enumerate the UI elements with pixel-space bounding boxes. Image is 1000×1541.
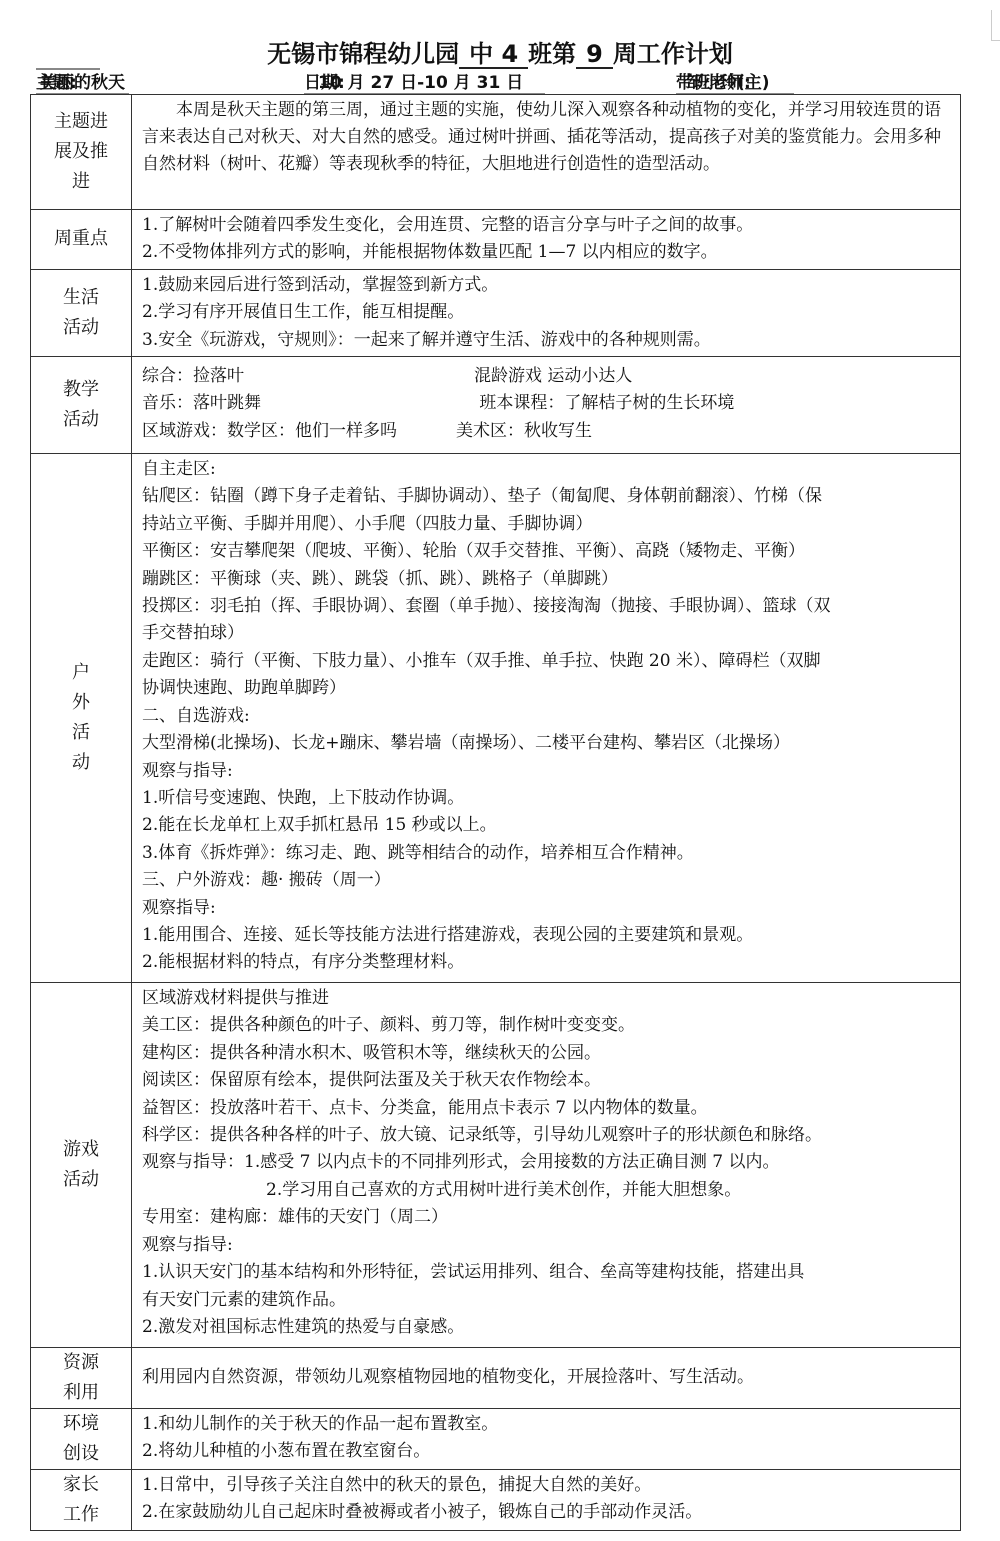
- content-outdoor-activities: 自主走区: 钻爬区：钻圈（蹲下身子走着钻、手脚协调动）、垫子（匍匐爬、身体朝前翻…: [132, 454, 961, 983]
- teaching-item: 美术区：秋收写生: [456, 418, 734, 445]
- life-item: 3.安全《玩游戏，守规则》：一起来了解并遵守生活、游戏中的各种规则需。: [142, 327, 952, 354]
- theme-progress-text: 本周是秋天主题的第三周，通过主题的实施，使幼儿深入观察各种动植物的变化，并学习用…: [142, 97, 952, 178]
- outdoor-line: 走跑区：骑行（平衡、下肢力量）、小推车（双手推、单手拉、快跑 20 米）、障碍栏…: [142, 648, 952, 675]
- label-line: 主题进: [37, 107, 125, 137]
- game-line: 专用室：建构廊：雄伟的天安门（周二）: [142, 1204, 952, 1231]
- date-value: 10 月 27 日-10 月 31 日: [304, 68, 545, 95]
- focus-item: 1.了解树叶会随着四季发生变化，会用连贯、完整的语言分享与叶子之间的故事。: [142, 212, 952, 239]
- row-theme-progress: 主题进 展及推 进 本周是秋天主题的第三周，通过主题的实施，使幼儿深入观察各种动…: [31, 95, 961, 210]
- game-line: 科学区：提供各种各样的叶子、放大镜、记录纸等，引导幼儿观察叶子的形状颜色和脉络。: [142, 1122, 952, 1149]
- label-line: 利用: [37, 1378, 125, 1408]
- life-item: 1.鼓励来园后进行签到活动，掌握签到新方式。: [142, 272, 952, 299]
- focus-item: 2.不受物体排列方式的影响，并能根据物体数量匹配 1—7 以内相应的数字。: [142, 239, 952, 266]
- theme-value: 美丽的秋天: [36, 68, 129, 95]
- label-game-activities: 游戏 活动: [31, 983, 132, 1348]
- row-outdoor-activities: 户 外 活 动 自主走区: 钻爬区：钻圈（蹲下身子走着钻、手脚协调动）、垫子（匍…: [31, 454, 961, 983]
- outdoor-line: 手交替拍球）: [142, 620, 952, 647]
- label-teaching-activities: 教学 活动: [31, 357, 132, 454]
- label-line: 活: [37, 718, 125, 748]
- label-line: 进: [37, 167, 125, 197]
- teaching-item: 区域游戏：数学区：他们一样多吗: [142, 418, 474, 445]
- content-theme-progress: 本周是秋天主题的第三周，通过主题的实施，使幼儿深入观察各种动植物的变化，并学习用…: [132, 95, 961, 210]
- parent-item: 1.日常中，引导孩子关注自然中的秋天的景色，捕捉大自然的美好。: [142, 1472, 952, 1499]
- outdoor-line: 大型滑梯(北操场)、长龙+蹦床、攀岩墙（南操场）、二楼平台建构、攀岩区（北操场）: [142, 730, 952, 757]
- life-item: 2.学习有序开展值日生工作，能互相提醒。: [142, 299, 952, 326]
- outdoor-line: 平衡区：安吉攀爬架（爬坡、平衡）、轮胎（双手交替推、平衡）、高跷（矮物走、平衡）: [142, 538, 952, 565]
- title-suffix: 周工作计划: [613, 40, 733, 68]
- label-line: 外: [37, 688, 125, 718]
- teaching-right-col: 混龄游戏 运动小达人 班本课程：了解桔子树的生长环境 美术区：秋收写生: [474, 363, 734, 445]
- game-line: 益智区：投放落叶若干、点卡、分类盒，能用点卡表示 7 以内物体的数量。: [142, 1095, 952, 1122]
- teaching-grid: 综合：捡落叶 音乐：落叶跳舞 区域游戏：数学区：他们一样多吗 混龄游戏 运动小达…: [142, 363, 952, 445]
- teaching-item: 综合：捡落叶: [142, 363, 474, 390]
- teaching-item: 音乐：落叶跳舞: [142, 390, 474, 417]
- outdoor-line: 3.体育《拆炸弹》：练习走、跑、跳等相结合的动作，培养相互合作精神。: [142, 840, 952, 867]
- row-game-activities: 游戏 活动 区域游戏材料提供与推进 美工区：提供各种颜色的叶子、颜料、剪刀等，制…: [31, 983, 961, 1348]
- outdoor-line: 观察指导:: [142, 895, 952, 922]
- label-theme-progress: 主题进 展及推 进: [31, 95, 132, 210]
- outdoor-line: 自主走区:: [142, 456, 952, 483]
- game-line: 2.学习用自己喜欢的方式用树叶进行美术创作，并能大胆想象。: [142, 1177, 952, 1204]
- label-life-activities: 生活 活动: [31, 269, 132, 356]
- weekly-plan-table: 主题进 展及推 进 本周是秋天主题的第三周，通过主题的实施，使幼儿深入观察各种动…: [30, 94, 961, 1531]
- label-line: 生活: [37, 283, 125, 313]
- week-number: 9: [576, 41, 613, 69]
- content-parent-work: 1.日常中，引导孩子关注自然中的秋天的景色，捕捉大自然的美好。 2.在家鼓励幼儿…: [132, 1470, 961, 1531]
- label-line: 活动: [37, 1165, 125, 1195]
- row-resource-use: 资源 利用 利用园内自然资源，带领幼儿观察植物园地的植物变化，开展捡落叶、写生活…: [31, 1348, 961, 1409]
- label-line: 游戏: [37, 1135, 125, 1165]
- teacher-value: 邹小玲(主): [676, 68, 794, 95]
- game-line: 有天安门元素的建筑作品。: [142, 1287, 952, 1314]
- content-life-activities: 1.鼓励来园后进行签到活动，掌握签到新方式。 2.学习有序开展值日生工作，能互相…: [132, 269, 961, 356]
- outdoor-line: 1.能用围合、连接、延长等技能方法进行搭建游戏，表现公园的主要建筑和景观。: [142, 922, 952, 949]
- outdoor-line: 2.能根据材料的特点，有序分类整理材料。: [142, 949, 952, 976]
- label-line: 工作: [37, 1500, 125, 1530]
- game-line: 阅读区：保留原有绘本，提供阿法蛋及关于秋天农作物绘本。: [142, 1067, 952, 1094]
- game-line: 美工区：提供各种颜色的叶子、颜料、剪刀等，制作树叶变变变。: [142, 1012, 952, 1039]
- plan-meta: 主题: 美丽的秋天 日期: 10 月 27 日-10 月 31 日 带班老师: …: [36, 68, 966, 92]
- teaching-item: 班本课程：了解桔子树的生长环境: [474, 390, 734, 417]
- label-line: 活动: [37, 313, 125, 343]
- outdoor-line: 1.听信号变速跑、快跑，上下肢动作协调。: [142, 785, 952, 812]
- outdoor-line: 投掷区：羽毛拍（挥、手眼协调）、套圈（单手抛）、接接淘淘（抛接、手眼协调）、篮球…: [142, 593, 952, 620]
- outdoor-line: 2.能在长龙单杠上双手抓杠悬吊 15 秒或以上。: [142, 812, 952, 839]
- title-mid: 班第: [528, 40, 576, 68]
- content-weekly-focus: 1.了解树叶会随着四季发生变化，会用连贯、完整的语言分享与叶子之间的故事。 2.…: [132, 210, 961, 270]
- label-line: 展及推: [37, 137, 125, 167]
- row-weekly-focus: 周重点 1.了解树叶会随着四季发生变化，会用连贯、完整的语言分享与叶子之间的故事…: [31, 210, 961, 270]
- game-line: 区域游戏材料提供与推进: [142, 985, 952, 1012]
- outdoor-line: 持站立平衡、手脚并用爬）、小手爬（四肢力量、手脚协调）: [142, 511, 952, 538]
- label-weekly-focus: 周重点: [31, 210, 132, 270]
- outdoor-line: 蹦跳区：平衡球（夹、跳）、跳袋（抓、跳）、跳格子（单脚跳）: [142, 566, 952, 593]
- game-line: 建构区：提供各种清水积木、吸管积木等，继续秋天的公园。: [142, 1040, 952, 1067]
- label-resource-use: 资源 利用: [31, 1348, 132, 1409]
- game-line: 观察与指导:: [142, 1232, 952, 1259]
- content-resource-use: 利用园内自然资源，带领幼儿观察植物园地的植物变化，开展捡落叶、写生活动。: [132, 1348, 961, 1409]
- outdoor-line: 钻爬区：钻圈（蹲下身子走着钻、手脚协调动）、垫子（匍匐爬、身体朝前翻滚）、竹梯（…: [142, 483, 952, 510]
- outdoor-line: 二、自选游戏:: [142, 703, 952, 730]
- label-line: 活动: [37, 405, 125, 435]
- teaching-left-col: 综合：捡落叶 音乐：落叶跳舞 区域游戏：数学区：他们一样多吗: [142, 363, 474, 445]
- label-line: 资源: [37, 1348, 125, 1378]
- content-teaching-activities: 综合：捡落叶 音乐：落叶跳舞 区域游戏：数学区：他们一样多吗 混龄游戏 运动小达…: [132, 357, 961, 454]
- label-line: 环境: [37, 1409, 125, 1439]
- row-environment: 环境 创设 1.和幼儿制作的关于秋天的作品一起布置教室。 2.将幼儿种植的小葱布…: [31, 1409, 961, 1470]
- label-environment: 环境 创设: [31, 1409, 132, 1470]
- label-parent-work: 家长 工作: [31, 1470, 132, 1531]
- class-name: 中 4: [459, 41, 528, 69]
- title-prefix: 无锡市锦程幼儿园: [267, 40, 459, 68]
- environment-item: 2.将幼儿种植的小葱布置在教室窗台。: [142, 1438, 952, 1465]
- label-line: 动: [37, 748, 125, 778]
- label-outdoor-activities: 户 外 活 动: [31, 454, 132, 983]
- row-teaching-activities: 教学 活动 综合：捡落叶 音乐：落叶跳舞 区域游戏：数学区：他们一样多吗 混龄游…: [31, 357, 961, 454]
- resource-text: 利用园内自然资源，带领幼儿观察植物园地的植物变化，开展捡落叶、写生活动。: [142, 1364, 952, 1391]
- outdoor-line: 协调快速跑、助跑单脚跨）: [142, 675, 952, 702]
- row-parent-work: 家长 工作 1.日常中，引导孩子关注自然中的秋天的景色，捕捉大自然的美好。 2.…: [31, 1470, 961, 1531]
- teaching-item: 混龄游戏 运动小达人: [474, 363, 734, 390]
- content-environment: 1.和幼儿制作的关于秋天的作品一起布置教室。 2.将幼儿种植的小葱布置在教室窗台…: [132, 1409, 961, 1470]
- outdoor-line: 三、户外游戏：趣· 搬砖（周一）: [142, 867, 952, 894]
- row-life-activities: 生活 活动 1.鼓励来园后进行签到活动，掌握签到新方式。 2.学习有序开展值日生…: [31, 269, 961, 356]
- game-line: 1.认识天安门的基本结构和外形特征，尝试运用排列、组合、垒高等建构技能，搭建出具: [142, 1259, 952, 1286]
- label-line: 家长: [37, 1470, 125, 1500]
- game-line: 2.激发对祖国标志性建筑的热爱与自豪感。: [142, 1314, 952, 1341]
- content-game-activities: 区域游戏材料提供与推进 美工区：提供各种颜色的叶子、颜料、剪刀等，制作树叶变变变…: [132, 983, 961, 1348]
- game-line: 观察与指导：1.感受 7 以内点卡的不同排列形式，会用接数的方法正确目测 7 以…: [142, 1149, 952, 1176]
- outdoor-line: 观察与指导:: [142, 758, 952, 785]
- parent-item: 2.在家鼓励幼儿自己起床时叠被褥或者小被子，锻炼自己的手部动作灵活。: [142, 1499, 952, 1526]
- label-line: 教学: [37, 375, 125, 405]
- label-line: 创设: [37, 1439, 125, 1469]
- environment-item: 1.和幼儿制作的关于秋天的作品一起布置教室。: [142, 1411, 952, 1438]
- label-line: 户: [37, 658, 125, 688]
- page-title: 无锡市锦程幼儿园中 4 班第9 周工作计划: [0, 34, 1000, 69]
